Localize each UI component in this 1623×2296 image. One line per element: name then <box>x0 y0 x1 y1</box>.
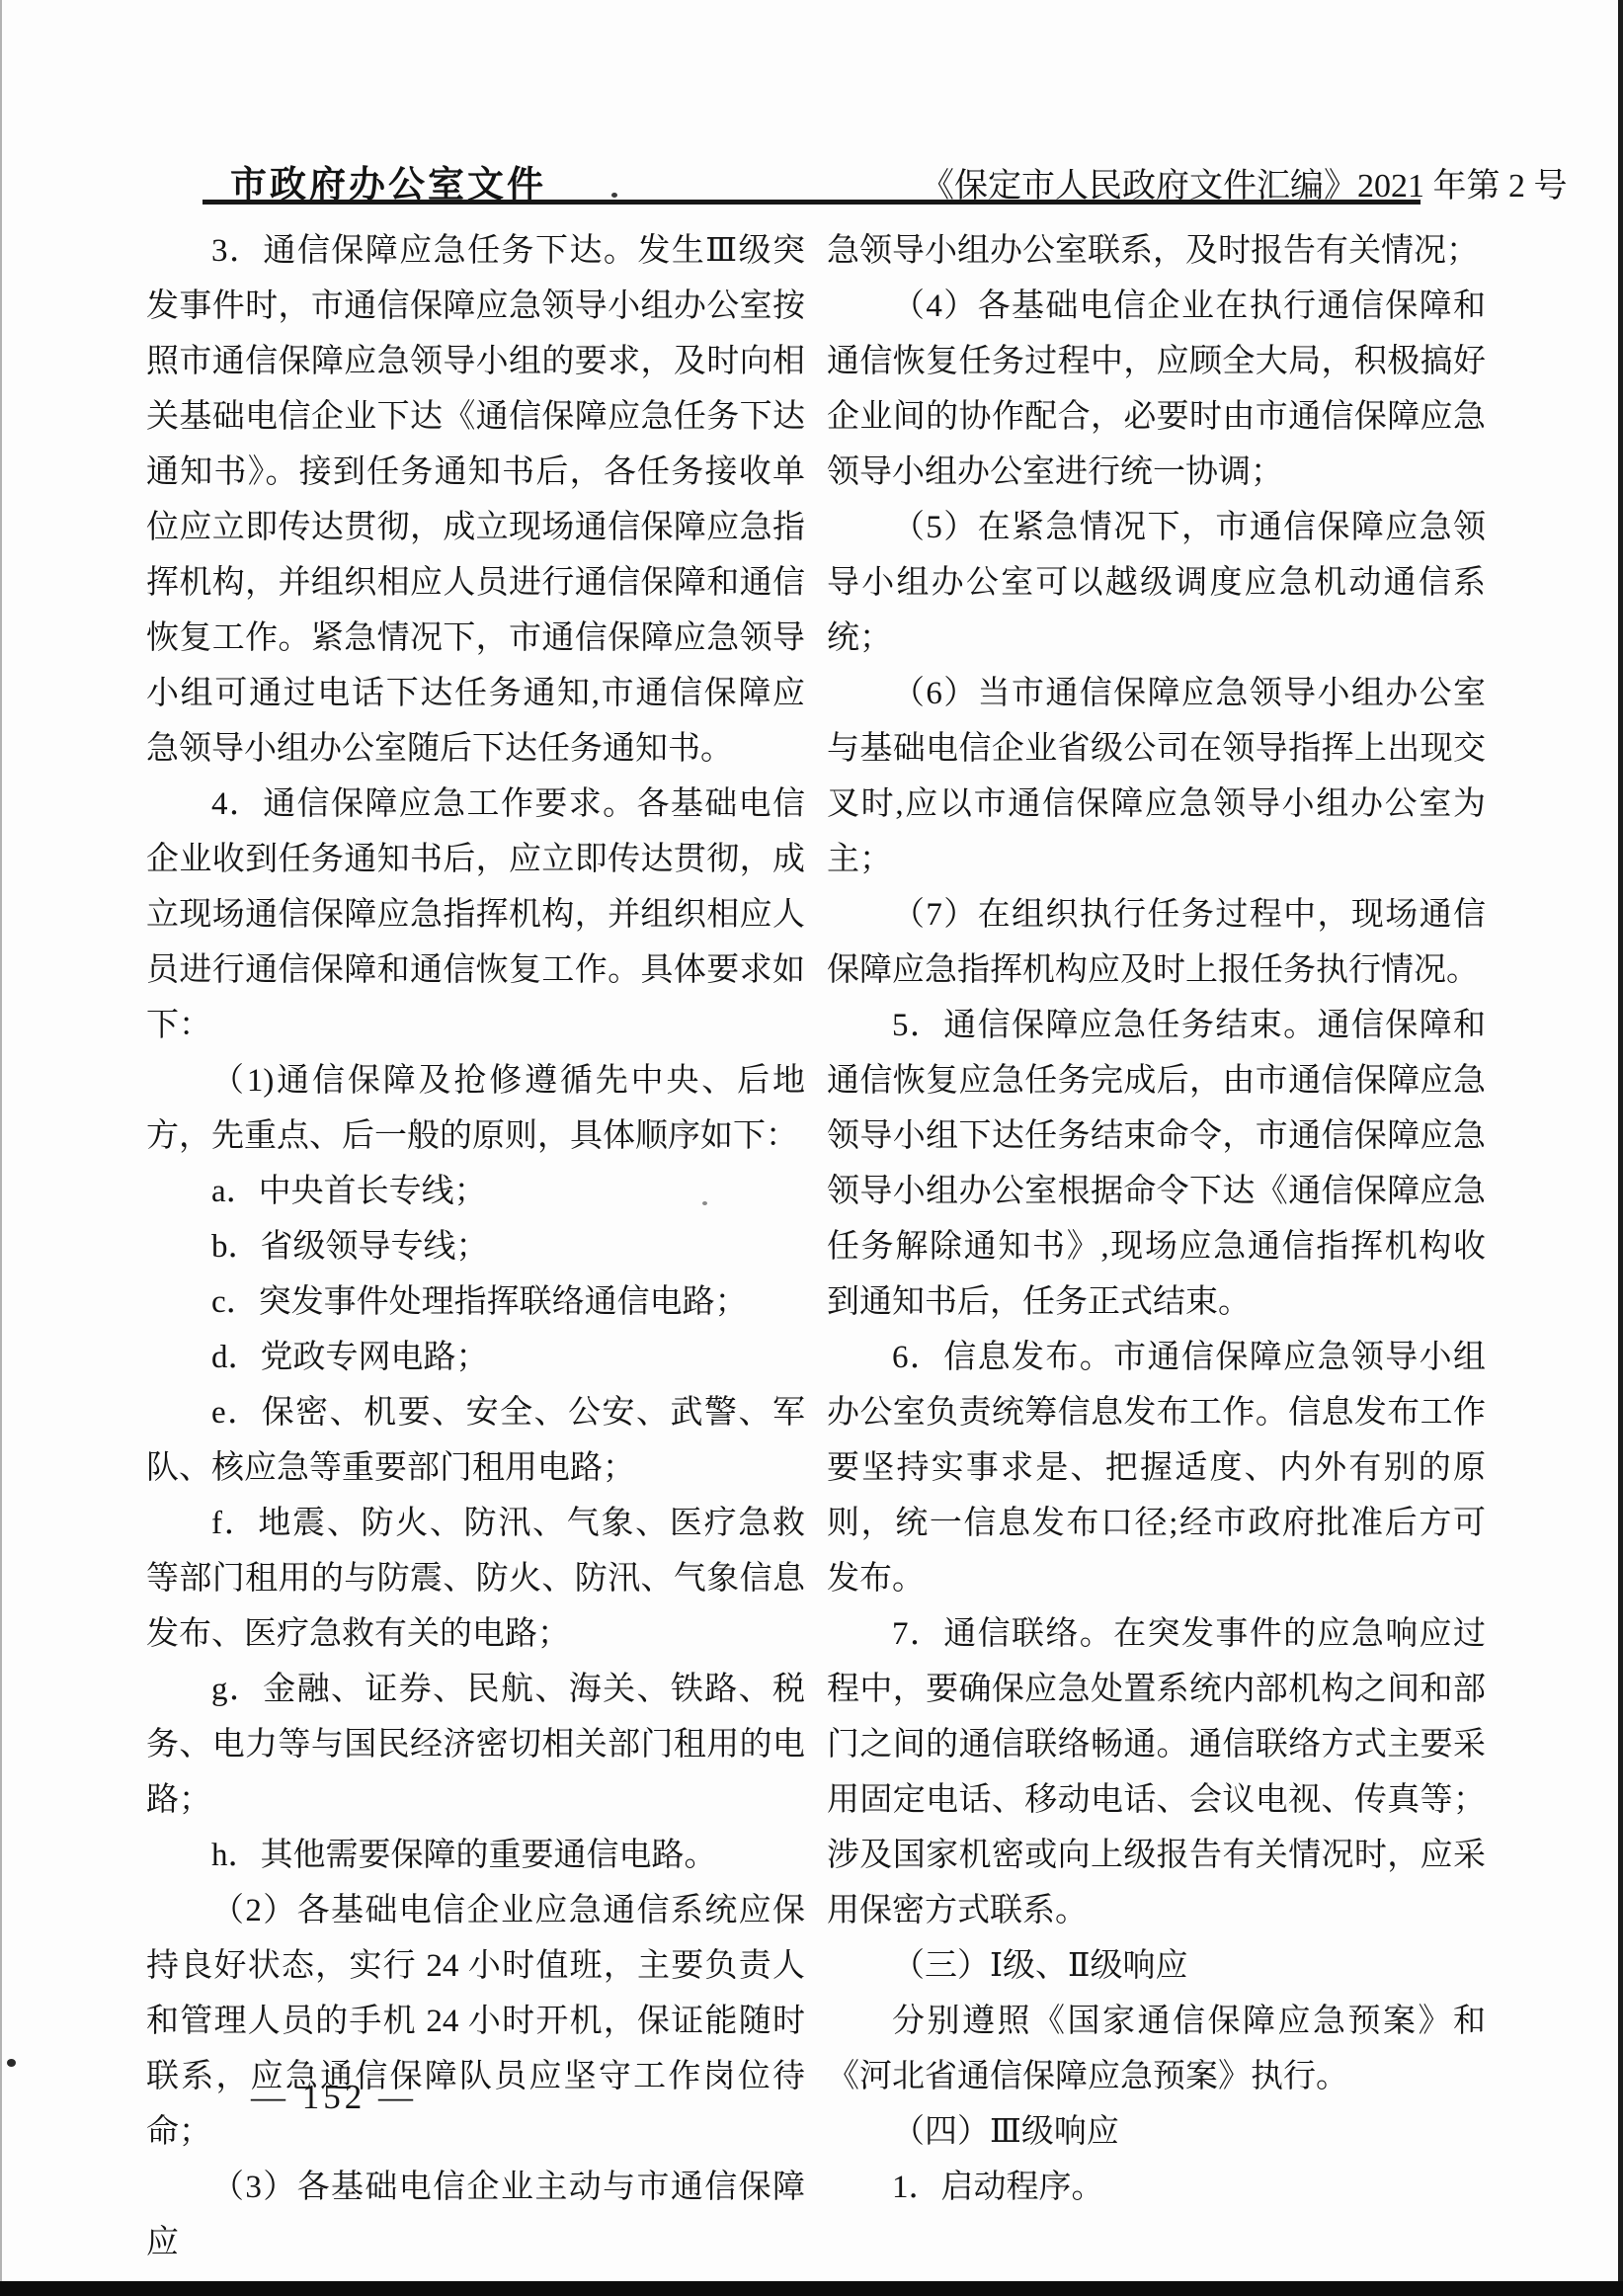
paragraph: （6）当市通信保障应急领导小组办公室与基础电信企业省级公司在领导指挥上出现交叉时… <box>827 666 1486 887</box>
paragraph: （1)通信保障及抢修遵循先中央、后地方，先重点、后一般的原则，具体顺序如下： <box>146 1053 805 1164</box>
paragraph: 5．通信保障应急任务结束。通信保障和通信恢复应急任务完成后，由市通信保障应急领导… <box>827 998 1486 1330</box>
paragraph: c．突发事件处理指挥联络通信电路； <box>146 1274 805 1330</box>
scan-edge-left <box>0 0 2 2296</box>
paragraph: 急领导小组办公室联系，及时报告有关情况； <box>827 223 1486 279</box>
paragraph: g．金融、证券、民航、海关、铁路、税务、电力等与国民经济密切相关部门租用的电路； <box>146 1662 805 1828</box>
paragraph: （三）Ⅰ级、Ⅱ级响应 <box>827 1938 1486 1994</box>
header-rule <box>203 200 1420 205</box>
paragraph: 1．启动程序。 <box>827 2160 1486 2215</box>
paragraph: （2）各基础电信企业应急通信系统应保持良好状态，实行 24 小时值班，主要负责人… <box>146 1883 805 2160</box>
scan-speck <box>611 193 617 198</box>
paragraph: （5）在紧急情况下，市通信保障应急领导小组办公室可以越级调度应急机动通信系统； <box>827 500 1486 666</box>
paragraph: （7）在组织执行任务过程中，现场通信保障应急指挥机构应及时上报任务执行情况。 <box>827 887 1486 998</box>
left-column: 3．通信保障应急任务下达。发生Ⅲ级突发事件时，市通信保障应急领导小组办公室按照市… <box>146 223 805 2270</box>
paragraph: 3．通信保障应急任务下达。发生Ⅲ级突发事件时，市通信保障应急领导小组办公室按照市… <box>146 223 805 777</box>
paragraph: b．省级领导专线； <box>146 1219 805 1274</box>
right-column: 急领导小组办公室联系，及时报告有关情况；（4）各基础电信企业在执行通信保障和通信… <box>827 223 1486 2270</box>
paragraph: h．其他需要保障的重要通信电路。 <box>146 1828 805 1883</box>
paragraph: a．中央首长专线； <box>146 1164 805 1219</box>
paragraph: （3）各基础电信企业主动与市通信保障应 <box>146 2160 805 2270</box>
paragraph: 7．通信联络。在突发事件的应急响应过程中，要确保应急处置系统内部机构之间和部门之… <box>827 1606 1486 1938</box>
paragraph: （四）Ⅲ级响应 <box>827 2104 1486 2160</box>
paragraph: d．党政专网电路； <box>146 1330 805 1385</box>
paragraph: 6．信息发布。市通信保障应急领导小组办公室负责统筹信息发布工作。信息发布工作要坚… <box>827 1330 1486 1606</box>
scan-edge-right <box>1618 0 1623 2296</box>
paragraph: 4．通信保障应急工作要求。各基础电信企业收到任务通知书后，应立即传达贯彻，成立现… <box>146 777 805 1053</box>
page-number: — 152 — <box>251 2078 417 2117</box>
scan-speck <box>702 1201 707 1205</box>
paragraph: e．保密、机要、安全、公安、武警、军队、核应急等重要部门租用电路； <box>146 1385 805 1496</box>
paragraph: f．地震、防火、防汛、气象、医疗急救等部门租用的与防震、防火、防汛、气象信息发布… <box>146 1496 805 1662</box>
text-columns: 3．通信保障应急任务下达。发生Ⅲ级突发事件时，市通信保障应急领导小组办公室按照市… <box>146 223 1486 2270</box>
scan-speck <box>7 2059 16 2067</box>
document-page: 市政府办公室文件 《保定市人民政府文件汇编》2021 年第 2 号 3．通信保障… <box>0 0 1623 2296</box>
paragraph: （4）各基础电信企业在执行通信保障和通信恢复任务过程中，应顾全大局，积极搞好企业… <box>827 279 1486 500</box>
paragraph: 分别遵照《国家通信保障应急预案》和《河北省通信保障应急预案》执行。 <box>827 1994 1486 2104</box>
scan-edge-bottom <box>0 2281 1623 2296</box>
